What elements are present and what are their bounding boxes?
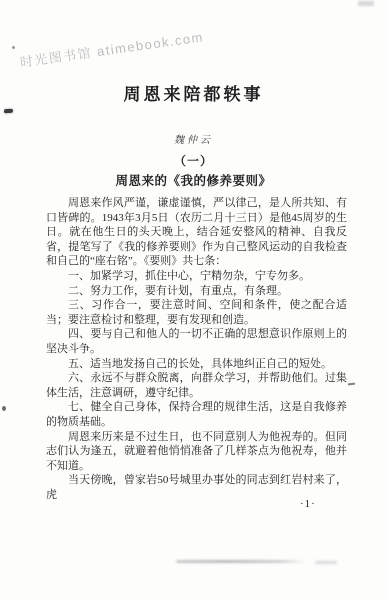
- section-heading: 周恩来的《我的修养要则》: [0, 171, 387, 189]
- library-watermark: 时光图书馆 atimebook.com: [19, 26, 205, 71]
- scan-artifact-dot: [2, 406, 6, 411]
- paragraph: 五、适当地发扬自己的长处，具体地纠正自己的短处。: [46, 357, 347, 372]
- paragraph: 二、努力工作，要有计划，有重点，有条理。: [46, 284, 347, 299]
- paragraph: 周恩来历来是不过生日，也不同意别人为他祝寿的。但同志们认为逢五，就避着他悄悄准备…: [46, 430, 347, 474]
- scan-artifact-smudge: [176, 560, 306, 563]
- paragraph: 周恩来作风严谨，谦虚谨慎，严以律己，是人所共知、有口皆碑的。1943年3月5日（…: [46, 196, 347, 269]
- paragraph: 四、要与自己和他人的一切不正确的思想意识作原则上的坚决斗争。: [46, 327, 347, 356]
- author-name: 魏仲云: [0, 131, 387, 146]
- paragraph: 七、健全自己身体，保持合理的规律生活，这是自我修养的物质基础。: [46, 400, 347, 429]
- paragraph: 六、永远不与群众脱离，向群众学习，并帮助他们。过集体生活，注意调研，遵守纪律。: [46, 371, 347, 400]
- scan-artifact-tick: [348, 383, 355, 386]
- section-number: （一）: [0, 152, 387, 169]
- scanned-book-page: 时光图书馆 atimebook.com 周恩来陪都轶事 魏仲云 （一） 周恩来的…: [0, 0, 387, 600]
- body-text: 周恩来作风严谨，谦虚谨慎，严以律己，是人所共知、有口皆碑的。1943年3月5日（…: [46, 196, 347, 502]
- scan-artifact-dash: [4, 109, 13, 114]
- book-title: 周恩来陪都轶事: [0, 80, 387, 105]
- paragraph: 三、习作合一，要注意时间、空间和条件，使之配合适当；要注意检讨和整理，要有发现和…: [46, 298, 347, 327]
- scan-artifact-corner: [358, 1, 374, 6]
- scan-artifact-dot: [12, 46, 15, 49]
- paragraph: 一、加紧学习，抓住中心，宁精勿杂，宁专勿多。: [46, 269, 347, 284]
- scan-artifact-smudge: [315, 561, 337, 564]
- page-number: ·1·: [300, 498, 316, 510]
